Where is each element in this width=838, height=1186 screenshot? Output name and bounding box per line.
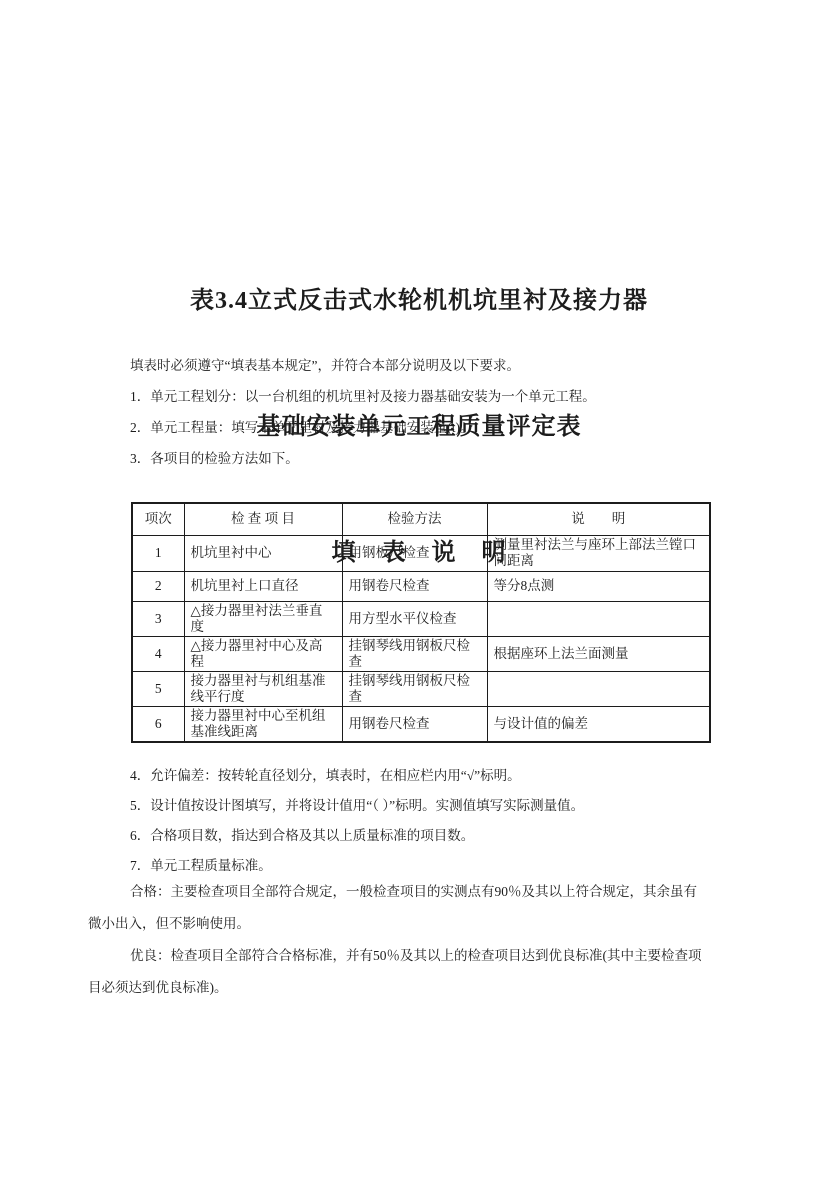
cell-method: 用钢卷尺检查: [342, 571, 487, 601]
cell-index: 6: [132, 706, 184, 742]
cell-method: 挂钢琴线用钢板尺检查: [342, 636, 487, 671]
column-header-item: 检 查 项 目: [184, 503, 342, 535]
cell-note: 等分8点测: [487, 571, 710, 601]
table-row: 6 接力器里衬中心至机组基准线距离 用钢卷尺检查 与设计值的偏差: [132, 706, 710, 742]
intro-item-2: 2．单元工程量：填写本单元里衬及接力器基础安装量(t)。: [88, 412, 738, 443]
intro-item-3: 3．各项目的检验方法如下。: [88, 443, 738, 474]
cell-item: 接力器里衬与机组基准线平行度: [184, 671, 342, 706]
cell-item: △接力器里衬法兰垂直度: [184, 601, 342, 636]
column-header-note: 说 明: [487, 503, 710, 535]
cell-index: 4: [132, 636, 184, 671]
intro-item-1: 1．单元工程划分：以一台机组的机坑里衬及接力器基础安装为一个单元工程。: [88, 381, 738, 412]
inspection-methods-table: 项次 检 查 项 目 检验方法 说 明 1 机坑里衬中心 用钢板尺检查 测量里衬…: [131, 502, 711, 743]
cell-item: 机坑里衬上口直径: [184, 571, 342, 601]
notes-section: 4．允许偏差：按转轮直径划分，填表时，在相应栏内用“√”标明。 5．设计值按设计…: [88, 761, 738, 881]
table-row: 1 机坑里衬中心 用钢板尺检查 测量里衬法兰与座环上部法兰镗口间距离: [132, 535, 710, 571]
cell-method: 用钢板尺检查: [342, 535, 487, 571]
cell-note: [487, 671, 710, 706]
column-header-method: 检验方法: [342, 503, 487, 535]
note-item-5: 5．设计值按设计图填写，并将设计值用“（ ）”标明。实测值填写实际测量值。: [88, 791, 738, 821]
cell-note: 与设计值的偏差: [487, 706, 710, 742]
cell-item: 机坑里衬中心: [184, 535, 342, 571]
table-header-row: 项次 检 查 项 目 检验方法 说 明: [132, 503, 710, 535]
intro-paragraph: 填表时必须遵守“填表基本规定”，并符合本部分说明及以下要求。: [88, 350, 738, 381]
table-row: 2 机坑里衬上口直径 用钢卷尺检查 等分8点测: [132, 571, 710, 601]
cell-index: 1: [132, 535, 184, 571]
grade-qualified-paragraph: 合格：主要检查项目全部符合规定，一般检查项目的实测点有90％及其以上符合规定，其…: [88, 876, 702, 940]
cell-note: 根据座环上法兰面测量: [487, 636, 710, 671]
cell-item: 接力器里衬中心至机组基准线距离: [184, 706, 342, 742]
intro-section: 填表时必须遵守“填表基本规定”，并符合本部分说明及以下要求。 1．单元工程划分：…: [88, 350, 738, 474]
cell-method: 用钢卷尺检查: [342, 706, 487, 742]
note-item-6: 6．合格项目数，指达到合格及其以上质量标准的项目数。: [88, 821, 738, 851]
cell-method: 用方型水平仪检查: [342, 601, 487, 636]
cell-index: 2: [132, 571, 184, 601]
cell-method: 挂钢琴线用钢板尺检查: [342, 671, 487, 706]
cell-item: △接力器里衬中心及高程: [184, 636, 342, 671]
grade-standards-section: 合格：主要检查项目全部符合规定，一般检查项目的实测点有90％及其以上符合规定，其…: [88, 876, 702, 1004]
table-row: 5 接力器里衬与机组基准线平行度 挂钢琴线用钢板尺检查: [132, 671, 710, 706]
note-item-4: 4．允许偏差：按转轮直径划分，填表时，在相应栏内用“√”标明。: [88, 761, 738, 791]
cell-note: 测量里衬法兰与座环上部法兰镗口间距离: [487, 535, 710, 571]
cell-index: 3: [132, 601, 184, 636]
column-header-index: 项次: [132, 503, 184, 535]
title-line-1: 表3.4立式反击式水轮机机坑里衬及接力器: [0, 280, 838, 322]
table-row: 4 △接力器里衬中心及高程 挂钢琴线用钢板尺检查 根据座环上法兰面测量: [132, 636, 710, 671]
grade-excellent-paragraph: 优良：检查项目全部符合合格标准，并有50％及其以上的检查项目达到优良标准(其中主…: [88, 940, 702, 1004]
cell-index: 5: [132, 671, 184, 706]
document-page: 表3.4立式反击式水轮机机坑里衬及接力器 基础安装单元工程质量评定表 填 表 说…: [0, 0, 838, 1186]
cell-note: [487, 601, 710, 636]
table-row: 3 △接力器里衬法兰垂直度 用方型水平仪检查: [132, 601, 710, 636]
